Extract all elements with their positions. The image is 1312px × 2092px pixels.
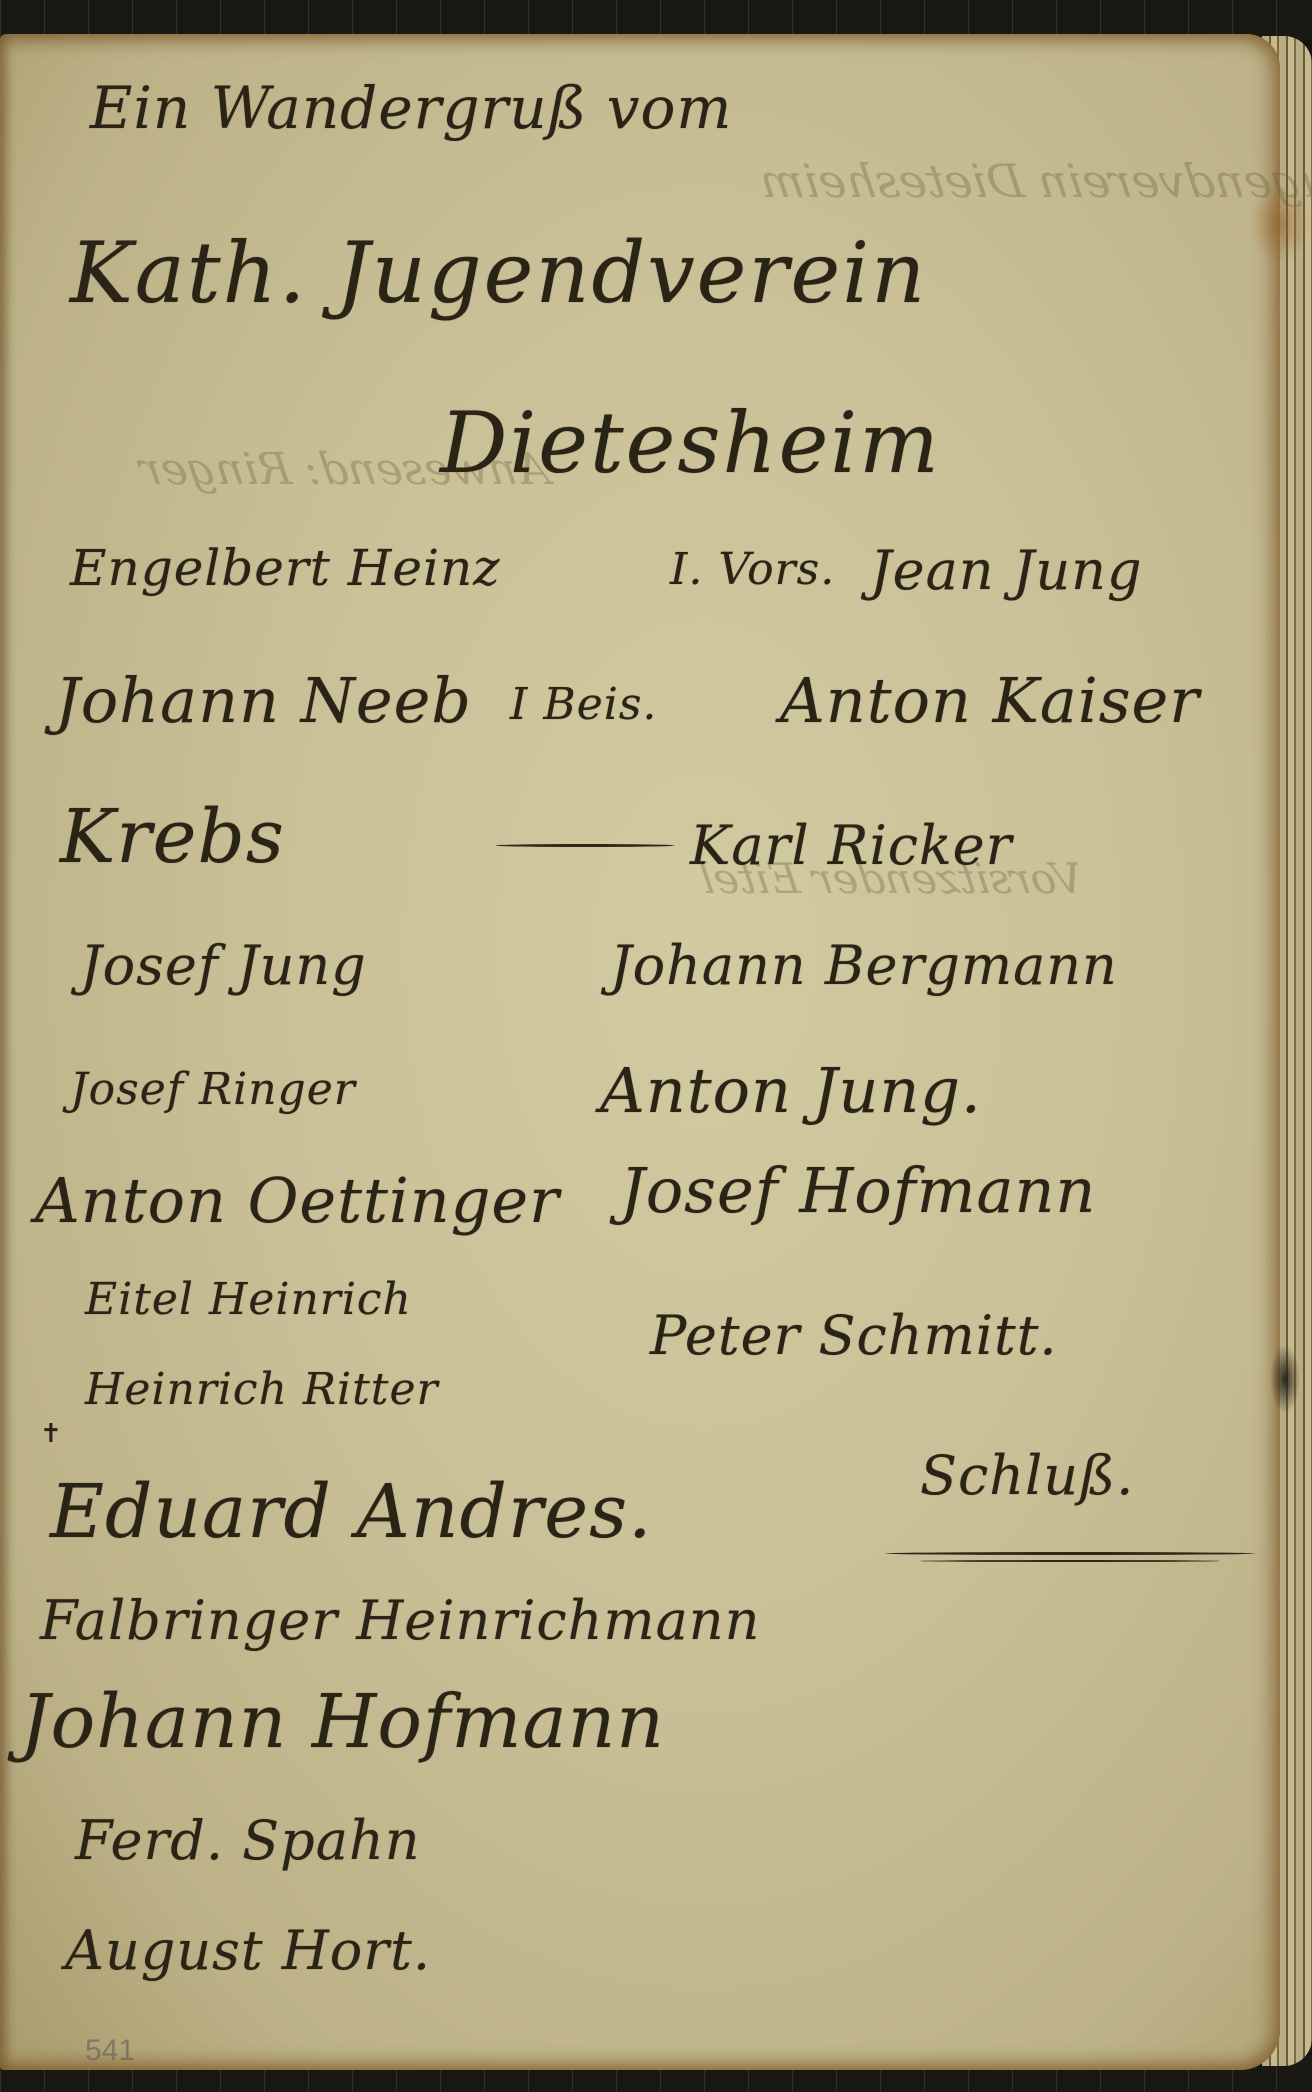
ink-blot bbox=[1270, 1344, 1300, 1414]
signature-eitel-heinrich: Eitel Heinrich bbox=[85, 1274, 412, 1325]
signature-anton-kaiser: Anton Kaiser bbox=[780, 664, 1200, 737]
role-first-assessor: I Beis. bbox=[510, 679, 657, 730]
signature-jean-jung: Jean Jung bbox=[870, 539, 1143, 602]
heading-line-2: Kath. Jugendverein bbox=[70, 224, 927, 322]
signature-josef-jung: Josef Jung bbox=[80, 934, 367, 997]
bleed-through-text: dem Jugendverein Dietesheim bbox=[756, 154, 1312, 208]
rust-stain bbox=[1250, 184, 1310, 264]
signature-josef-hofmann: Josef Hofmann bbox=[620, 1154, 1096, 1227]
heading-line-3: Dietesheim bbox=[440, 394, 941, 492]
signature-anton-oettinger: Anton Oettinger bbox=[35, 1164, 560, 1237]
closing-underline-second bbox=[920, 1560, 1220, 1562]
signature-johann-bergmann: Johann Bergmann bbox=[610, 934, 1118, 997]
signature-johann-neeb: Johann Neeb bbox=[55, 664, 472, 737]
dash-line bbox=[495, 844, 675, 847]
signature-engelbert-heinz: Engelbert Heinz bbox=[70, 539, 501, 597]
signature-peter-schmitt: Peter Schmitt. bbox=[650, 1304, 1058, 1367]
signature-anton-jung: Anton Jung. bbox=[600, 1054, 982, 1127]
signature-johann-hofmann: Johann Hofmann bbox=[20, 1679, 665, 1765]
autograph-page: Anwesend: Ringer dem Jugendverein Dietes… bbox=[0, 34, 1280, 2070]
cross-mark-icon: ✝ bbox=[40, 1419, 62, 1449]
signature-karl-ricker: Karl Ricker bbox=[690, 814, 1012, 877]
signature-josef-ringer: Josef Ringer bbox=[70, 1064, 356, 1115]
signature-krebs: Krebs bbox=[60, 794, 285, 880]
closing-word-schluss: Schluß. bbox=[920, 1444, 1134, 1507]
signature-ferd-spahn: Ferd. Spahn bbox=[75, 1809, 421, 1872]
signature-falbringer: Falbringer Heinrichmann bbox=[40, 1589, 760, 1652]
pencil-page-number: 541 bbox=[85, 2034, 135, 2068]
role-first-chairman: I. Vors. bbox=[670, 544, 835, 595]
scanned-page-photo: Anwesend: Ringer dem Jugendverein Dietes… bbox=[0, 0, 1312, 2092]
signature-heinrich-ritter: Heinrich Ritter bbox=[85, 1364, 439, 1415]
signature-august-hort: August Hort. bbox=[65, 1919, 431, 1982]
heading-line-1: Ein Wandergruß vom bbox=[90, 74, 732, 142]
signature-eduard-andres: Eduard Andres. bbox=[50, 1469, 653, 1555]
closing-underline bbox=[885, 1552, 1255, 1555]
